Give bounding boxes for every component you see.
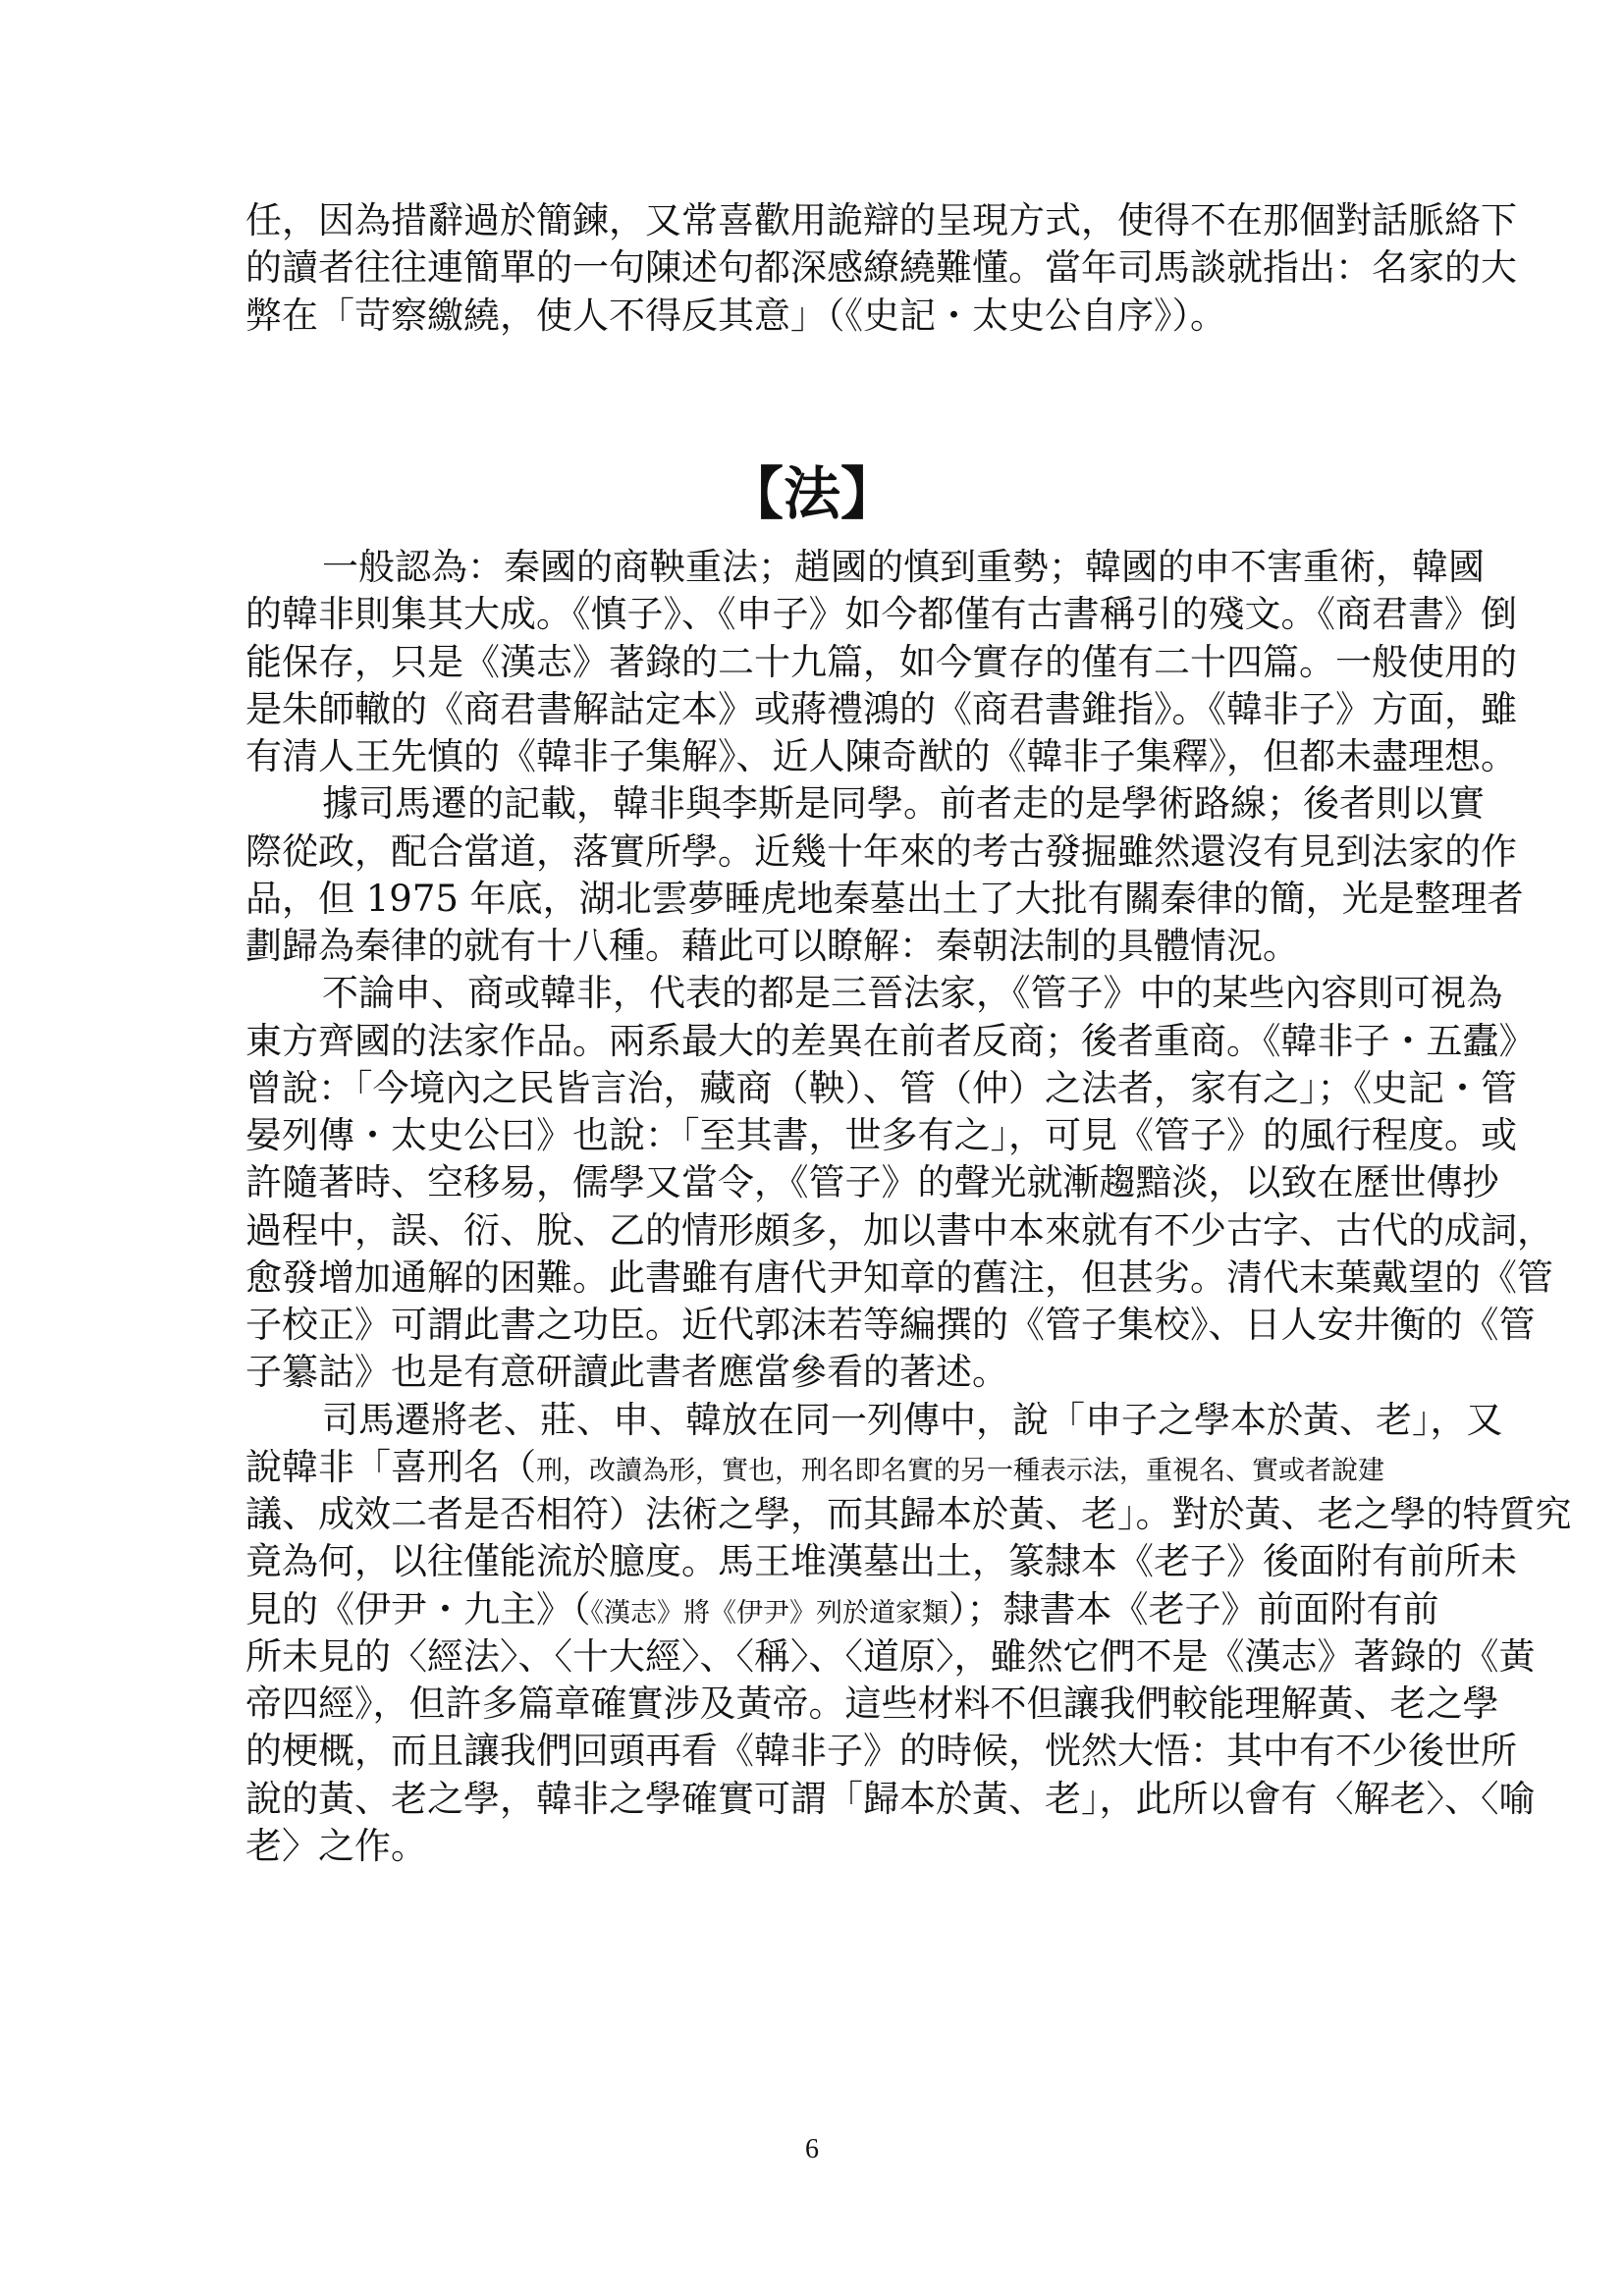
text-line: 晏列傳・太史公曰》也說：「至其書，世多有之」，可見《管子》的風行程度。或 xyxy=(245,1112,1377,1159)
text-line: 弊在「苛察繳繞，使人不得反其意」（《史記・太史公自序》）。 xyxy=(245,293,1377,340)
text-line: 不論申、商或韓非，代表的都是三晉法家，《管子》中的某些內容則可視為 xyxy=(322,970,1377,1017)
text-line: 任，因為措辭過於簡鍊，又常喜歡用詭辯的呈現方式，使得不在那個對話脈絡下 xyxy=(245,197,1377,244)
text-line: 愈發增加通解的困難。此書雖有唐代尹知章的舊注，但甚劣。清代末葉戴望的《管 xyxy=(245,1255,1377,1302)
text-line: 說韓非「喜刑名（刑，改讀為形，實也，刑名即名實的另一種表示法，重視名、實或者說建 xyxy=(245,1444,1377,1491)
inline-note: 《漢志》將《伊尹》列於道家類 xyxy=(591,1598,949,1629)
text-line: 議、成效二者是否相符）法術之學，而其歸本於黃、老」。對於黃、老之學的特質究 xyxy=(245,1491,1377,1538)
section-heading: 【法】 xyxy=(0,459,1624,528)
text-line: 的韓非則集其大成。《慎子》、《申子》如今都僅有古書稱引的殘文。《商君書》倒 xyxy=(245,591,1377,638)
text-line: 過程中，誤、衍、脫、乙的情形頗多，加以書中本來就有不少古字、古代的成詞， xyxy=(245,1207,1377,1255)
text-line: 是朱師轍的《商君書解詁定本》或蔣禮鴻的《商君書錐指》。《韓非子》方面，雖 xyxy=(245,686,1377,733)
text-span: 見的《伊尹・九主》（ xyxy=(245,1588,591,1630)
page-number: 6 xyxy=(0,2132,1624,2167)
inline-note: 刑，改讀為形，實也，刑名即名實的另一種表示法，重視名、實或者說建 xyxy=(536,1456,1384,1486)
text-line: 說的黃、老之學，韓非之學確實可謂「歸本於黃、老」，此所以會有〈解老〉、〈喻 xyxy=(245,1776,1377,1823)
text-line: 許隨著時、空移易，儒學又當令，《管子》的聲光就漸趨黯淡，以致在歷世傳抄 xyxy=(245,1159,1377,1206)
text-line: 能保存，只是《漢志》著錄的二十九篇，如今實存的僅有二十四篇。一般使用的 xyxy=(245,639,1377,686)
text-line: 有清人王先慎的《韓非子集解》、近人陳奇猷的《韓非子集釋》，但都未盡理想。 xyxy=(245,733,1377,780)
text-line: 竟為何，以往僅能流於臆度。馬王堆漢墓出土，篆隸本《老子》後面附有前所未 xyxy=(245,1538,1377,1585)
text-line: 一般認為：秦國的商鞅重法；趙國的慎到重勢；韓國的申不害重術，韓國 xyxy=(322,544,1377,591)
text-span: 說韓非「喜刑名（ xyxy=(245,1446,536,1488)
text-line: 品，但 1975 年底，湖北雲夢睡虎地秦墓出土了大批有關秦律的簡，光是整理者 xyxy=(245,876,1377,923)
text-line: 所未見的〈經法〉、〈十大經〉、〈稱〉、〈道原〉，雖然它們不是《漢志》著錄的《黃 xyxy=(245,1633,1377,1681)
document-page: 任，因為措辭過於簡鍊，又常喜歡用詭辯的呈現方式，使得不在那個對話脈絡下 的讀者往… xyxy=(0,0,1624,2296)
text-line: 見的《伊尹・九主》（《漢志》將《伊尹》列於道家類）；隸書本《老子》前面附有前 xyxy=(245,1586,1377,1633)
text-line: 司馬遷將老、莊、申、韓放在同一列傳中，說「申子之學本於黃、老」，又 xyxy=(322,1397,1377,1444)
text-line: 子纂詁》也是有意研讀此書者應當參看的著述。 xyxy=(245,1349,1377,1396)
text-line: 際從政，配合當道，落實所學。近幾十年來的考古發掘雖然還沒有見到法家的作 xyxy=(245,828,1377,876)
text-line: 子校正》可謂此書之功臣。近代郭沫若等編撰的《管子集校》、日人安井衡的《管 xyxy=(245,1302,1377,1349)
text-span: ）；隸書本《老子》前面附有前 xyxy=(948,1588,1439,1630)
text-line: 帝四經》，但許多篇章確實涉及黃帝。這些材料不但讓我們較能理解黃、老之學 xyxy=(245,1681,1377,1728)
text-line: 的讀者往往連簡單的一句陳述句都深感繚繞難懂。當年司馬談就指出：名家的大 xyxy=(245,244,1377,292)
text-line: 據司馬遷的記載，韓非與李斯是同學。前者走的是學術路線；後者則以實 xyxy=(322,780,1377,828)
text-line: 東方齊國的法家作品。兩系最大的差異在前者反商；後者重商。《韓非子・五蠹》 xyxy=(245,1018,1377,1065)
text-line: 老〉之作。 xyxy=(245,1823,1377,1870)
text-line: 曾說：「今境內之民皆言治，藏商（鞅）、管（仲）之法者，家有之」；《史記・管 xyxy=(245,1065,1377,1112)
text-line: 劃歸為秦律的就有十八種。藉此可以瞭解：秦朝法制的具體情況。 xyxy=(245,923,1377,970)
text-line: 的梗概，而且讓我們回頭再看《韓非子》的時候，恍然大悟：其中有不少後世所 xyxy=(245,1728,1377,1775)
